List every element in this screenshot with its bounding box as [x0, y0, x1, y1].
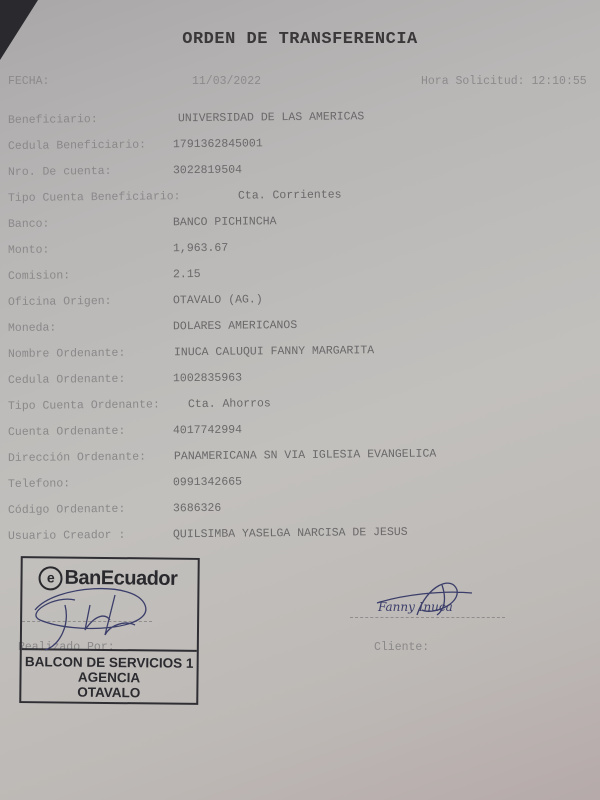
fecha-label: FECHA:	[8, 75, 49, 88]
stamp-line-1: BALCON DE SERVICIOS 1	[22, 654, 197, 671]
field-row: Telefono:0991342665	[8, 477, 70, 491]
field-label: Comision:	[8, 269, 70, 283]
field-row: Moneda:DOLARES AMERICANOS	[8, 321, 56, 335]
field-label: Nro. De cuenta:	[8, 165, 112, 179]
field-value: 3022819504	[173, 164, 242, 178]
field-label: Beneficiario:	[8, 113, 98, 127]
field-row: Monto:1,963.67	[8, 244, 50, 257]
hora-solicitud: Hora Solicitud: 12:10:55	[421, 75, 587, 88]
stamp-line-3: OTAVALO	[21, 684, 196, 701]
field-value: QUILSIMBA YASELGA NARCISA DE JESUS	[173, 526, 408, 541]
field-row: Beneficiario:UNIVERSIDAD DE LAS AMERICAS	[8, 113, 98, 127]
fecha-value: 11/03/2022	[192, 75, 261, 88]
document-title: ORDEN DE TRANSFERENCIA	[0, 30, 600, 49]
realizado-signature	[15, 575, 185, 655]
field-label: Cedula Beneficiario:	[8, 139, 146, 153]
field-row: Cedula Beneficiario:1791362845001	[8, 139, 146, 153]
cliente-signature-line	[350, 617, 505, 618]
field-value: Cta. Corrientes	[238, 189, 342, 203]
field-value: 4017742994	[173, 424, 242, 438]
client-signature-text: Fanny Inuca	[377, 600, 453, 614]
field-row: Nro. De cuenta:3022819504	[8, 165, 112, 179]
field-row: Cuenta Ordenante:4017742994	[8, 425, 125, 439]
field-label: Tipo Cuenta Beneficiario:	[8, 190, 181, 205]
field-row: Tipo Cuenta Ordenante:Cta. Ahorros	[8, 398, 160, 413]
field-row: Banco:BANCO PICHINCHA	[8, 218, 50, 231]
field-value: INUCA CALUQUI FANNY MARGARITA	[174, 344, 374, 359]
field-row: Comision:2.15	[8, 269, 70, 283]
hora-value: 12:10:55	[531, 75, 586, 88]
field-value: 0991342665	[173, 476, 242, 490]
field-label: Usuario Creador :	[8, 529, 125, 543]
field-label: Dirección Ordenante:	[8, 451, 146, 465]
hora-label: Hora Solicitud:	[421, 75, 525, 88]
field-value: UNIVERSIDAD DE LAS AMERICAS	[178, 110, 364, 125]
field-value: 3686326	[173, 502, 221, 516]
field-row: Nombre Ordenante:INUCA CALUQUI FANNY MAR…	[8, 347, 125, 361]
field-label: Cedula Ordenante:	[8, 373, 125, 387]
cliente-label: Cliente:	[374, 641, 429, 654]
field-label: Código Ordenante:	[8, 503, 125, 517]
field-value: Cta. Ahorros	[188, 397, 271, 411]
field-value: 1002835963	[173, 372, 242, 386]
field-row: Usuario Creador :QUILSIMBA YASELGA NARCI…	[8, 529, 125, 543]
field-value: BANCO PICHINCHA	[173, 215, 277, 229]
field-row: Dirección Ordenante:PANAMERICANA SN VIA …	[8, 451, 146, 465]
field-row: Código Ordenante:3686326	[8, 503, 125, 517]
client-signature: Fanny Inuca	[372, 575, 502, 620]
field-row: Cedula Ordenante:1002835963	[8, 373, 125, 387]
stamp-text: BALCON DE SERVICIOS 1 AGENCIA OTAVALO	[21, 654, 196, 701]
field-value: 1,963.67	[173, 242, 228, 256]
field-row: Oficina Origen:OTAVALO (AG.)	[8, 295, 112, 309]
field-value: 1791362845001	[173, 137, 263, 151]
field-label: Moneda:	[8, 321, 56, 335]
field-value: PANAMERICANA SN VIA IGLESIA EVANGELICA	[174, 448, 436, 464]
field-label: Tipo Cuenta Ordenante:	[8, 398, 160, 413]
field-label: Monto:	[8, 244, 50, 257]
field-value: 2.15	[173, 268, 201, 281]
field-label: Telefono:	[8, 477, 70, 491]
field-value: OTAVALO (AG.)	[173, 293, 263, 307]
field-label: Nombre Ordenante:	[8, 347, 125, 361]
field-label: Cuenta Ordenante:	[8, 425, 125, 439]
field-row: Tipo Cuenta Beneficiario:Cta. Corrientes	[8, 190, 181, 205]
field-label: Banco:	[8, 218, 50, 231]
field-label: Oficina Origen:	[8, 295, 112, 309]
field-value: DOLARES AMERICANOS	[173, 319, 297, 333]
